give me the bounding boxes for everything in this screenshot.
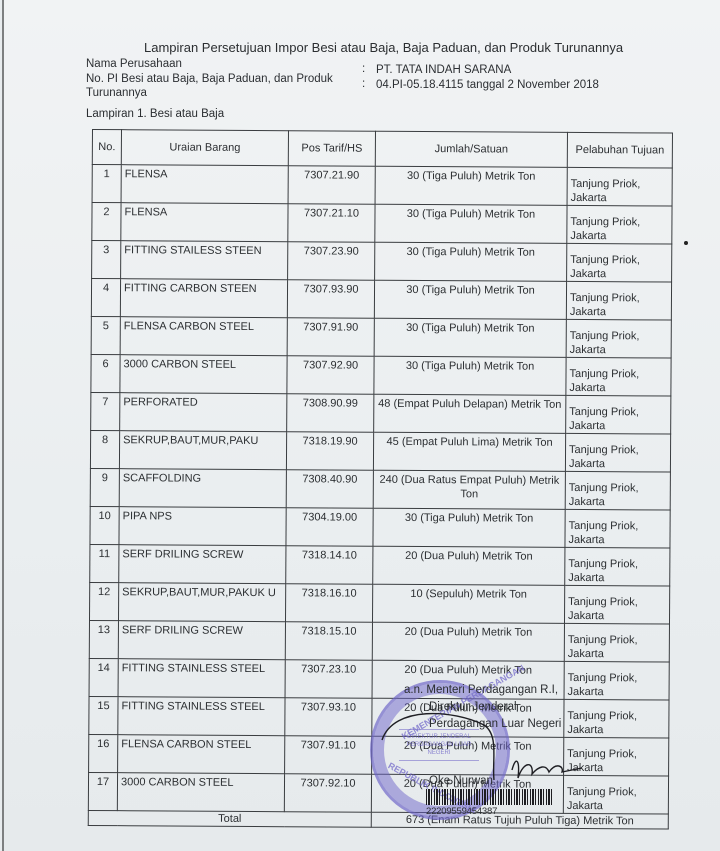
- cell-hs-code: 7307.92.10: [284, 774, 371, 813]
- permit-number-separator: :: [362, 78, 365, 90]
- cell-quantity: 30 (Tiga Puluh) Metrik Ton: [375, 204, 567, 243]
- table-row: 10PIPA NPS7304.19.0030 (Tiga Puluh) Metr…: [90, 506, 670, 548]
- permit-number-value: 04.PI-05.18.4115 tanggal 2 November 2018: [376, 79, 599, 91]
- cell-destination-port: Tanjung Priok, Jakarta: [567, 205, 672, 244]
- document-page: Lampiran Persetujuan Impor Besi atau Baj…: [2, 0, 720, 851]
- cell-hs-code: 7307.93.10: [285, 698, 372, 737]
- cell-quantity: 30 (Tiga Puluh) Metrik Ton: [375, 242, 567, 281]
- table-row: 63000 CARBON STEEL7307.92.9030 (Tiga Pul…: [91, 354, 671, 396]
- cell-no: 13: [89, 620, 118, 658]
- cell-destination-port: Tanjung Priok, Jakarta: [565, 471, 670, 510]
- cell-no: 1: [92, 165, 121, 203]
- cell-quantity: 30 (Tiga Puluh) Metrik Ton: [373, 508, 565, 547]
- table-row: 8SEKRUP,BAUT,MUR,PAKU7318.19.9045 (Empat…: [90, 430, 670, 472]
- cell-item-description: 3000 CARBON STEEL: [120, 355, 287, 394]
- cell-no: 12: [89, 582, 118, 620]
- table-row: 11SERF DRILING SCREW7318.14.1020 (Dua Pu…: [90, 544, 670, 586]
- cell-no: 5: [91, 316, 120, 354]
- cell-hs-code: 7318.19.90: [286, 432, 373, 471]
- cell-no: 7: [91, 392, 120, 430]
- cell-hs-code: 7308.90.99: [287, 394, 374, 433]
- cell-hs-code: 7307.91.10: [285, 736, 372, 775]
- cell-hs-code: 7307.92.90: [287, 356, 374, 395]
- cell-quantity: 20 (Dua Puluh) Metrik Ton: [373, 546, 565, 585]
- permit-number-label-line1: No. PI Besi atau Baja, Baja Paduan, dan …: [86, 73, 333, 85]
- header-item-description: Uraian Barang: [121, 130, 288, 166]
- table-row: 4FITTING CARBON STEEN7307.93.9030 (Tiga …: [91, 279, 671, 321]
- cell-quantity: 30 (Tiga Puluh) Metrik Ton: [374, 280, 566, 319]
- cell-destination-port: Tanjung Priok, Jakarta: [564, 623, 669, 662]
- signature-line-1: a.n. Menteri Perdagangan R.I,: [404, 682, 561, 699]
- cell-hs-code: 7307.21.10: [288, 204, 375, 243]
- cell-destination-port: Tanjung Priok, Jakarta: [565, 433, 670, 472]
- cell-item-description: PERFORATED: [120, 393, 287, 432]
- table-row: 13SERF DRILING SCREW7318.15.1020 (Dua Pu…: [89, 620, 669, 662]
- table-row: 7PERFORATED7308.90.9948 (Empat Puluh Del…: [91, 392, 671, 434]
- total-label: Total: [88, 810, 371, 827]
- cell-quantity: 10 (Sepuluh) Metrik Ton: [372, 584, 564, 623]
- table-row: 2FLENSA7307.21.1030 (Tiga Puluh) Metrik …: [92, 203, 672, 245]
- cell-item-description: PIPA NPS: [119, 507, 286, 546]
- header-quantity: Jumlah/Satuan: [375, 131, 567, 167]
- cell-destination-port: Tanjung Priok, Jakarta: [565, 547, 670, 586]
- cell-no: 2: [92, 203, 121, 241]
- cell-destination-port: Tanjung Priok, Jakarta: [565, 509, 670, 548]
- cell-no: 15: [89, 696, 118, 734]
- cell-destination-port: Tanjung Priok, Jakarta: [567, 243, 672, 282]
- cell-item-description: FITTING STAINLESS STEEL: [118, 659, 285, 698]
- cell-hs-code: 7307.93.90: [287, 280, 374, 319]
- cell-no: 6: [91, 354, 120, 392]
- cell-destination-port: Tanjung Priok, Jakarta: [564, 661, 669, 700]
- cell-no: 17: [88, 772, 117, 810]
- cell-destination-port: Tanjung Priok, Jakarta: [566, 395, 671, 434]
- table-row: 5FLENSA CARBON STEEL7307.91.9030 (Tiga P…: [91, 316, 671, 358]
- cell-item-description: FITTING CARBON STEEN: [120, 279, 287, 318]
- cell-destination-port: Tanjung Priok, Jakarta: [566, 357, 671, 396]
- cell-no: 14: [89, 658, 118, 696]
- cell-item-description: SERF DRILING SCREW: [119, 545, 286, 584]
- cell-quantity: 20 (Dua Puluh) Metrik Ton: [372, 622, 564, 661]
- table-row: 1FLENSA7307.21.9030 (Tiga Puluh) Metrik …: [92, 165, 672, 207]
- company-name-label: Nama Perusahaan: [86, 58, 182, 70]
- cell-quantity: 30 (Tiga Puluh) Metrik Ton: [374, 318, 566, 357]
- cell-hs-code: 7318.15.10: [285, 622, 372, 661]
- cell-no: 8: [90, 430, 119, 468]
- cell-destination-port: Tanjung Priok, Jakarta: [564, 585, 669, 624]
- cell-hs-code: 7307.23.10: [285, 660, 372, 699]
- header-no: No.: [92, 130, 121, 165]
- cell-item-description: SERF DRILING SCREW: [118, 621, 285, 660]
- section-label: Lampiran 1. Besi atau Baja: [86, 108, 224, 120]
- cell-no: 16: [89, 734, 118, 772]
- header-hs-code: Pos Tarif/HS: [288, 131, 375, 167]
- cell-quantity: 240 (Dua Ratus Empat Puluh) Metrik Ton: [373, 470, 565, 509]
- scan-speck: [684, 241, 688, 245]
- table-row: 14FITTING STAINLESS STEEL7307.23.1020 (D…: [89, 658, 669, 700]
- company-name-value: PT. TATA INDAH SARANA: [376, 64, 511, 76]
- cell-no: 10: [90, 506, 119, 544]
- cell-quantity: 45 (Empat Puluh Lima) Metrik Ton: [373, 432, 565, 471]
- cell-destination-port: Tanjung Priok, Jakarta: [566, 319, 671, 358]
- table-row: 3FITTING STAILESS STEEN7307.23.9030 (Tig…: [92, 241, 672, 283]
- permit-number-label-line2: Turunannya: [86, 87, 147, 99]
- table-header-row: No. Uraian Barang Pos Tarif/HS Jumlah/Sa…: [92, 130, 672, 169]
- cell-quantity: 30 (Tiga Puluh) Metrik Ton: [375, 166, 567, 205]
- cell-item-description: SEKRUP,BAUT,MUR,PAKU: [119, 431, 286, 470]
- signer-name: Oke Nurwan: [429, 775, 493, 787]
- cell-item-description: FLENSA CARBON STEEL: [118, 735, 285, 774]
- cell-item-description: FLENSA: [121, 203, 288, 242]
- cell-item-description: FITTING STAILESS STEEN: [121, 241, 288, 280]
- cell-hs-code: 7318.16.10: [285, 584, 372, 623]
- cell-no: 11: [90, 544, 119, 582]
- cell-no: 9: [90, 468, 119, 506]
- table-total-row: Total 673 (Enam Ratus Tujuh Puluh Tiga) …: [88, 810, 668, 829]
- cell-quantity: 30 (Tiga Puluh) Metrik Ton: [374, 356, 566, 395]
- cell-item-description: FLENSA CARBON STEEL: [120, 317, 287, 356]
- cell-destination-port: Tanjung Priok, Jakarta: [566, 281, 671, 320]
- cell-no: 3: [92, 241, 121, 279]
- cell-item-description: 3000 CARBON STEEL: [117, 773, 284, 812]
- cell-hs-code: 7308.40.90: [286, 470, 373, 509]
- table-row: 9SCAFFOLDING7308.40.90240 (Dua Ratus Emp…: [90, 468, 670, 510]
- cell-item-description: SEKRUP,BAUT,MUR,PAKUK U: [118, 583, 285, 622]
- barcode-icon: [426, 789, 554, 805]
- cell-hs-code: 7307.21.90: [288, 166, 375, 205]
- cell-item-description: FITTING STAINLESS STEEL: [118, 697, 285, 736]
- cell-hs-code: 7307.23.90: [288, 242, 375, 281]
- cell-item-description: FLENSA: [121, 165, 288, 204]
- cell-hs-code: 7307.91.90: [287, 318, 374, 357]
- cell-quantity: 48 (Empat Puluh Delapan) Metrik Ton: [374, 394, 566, 433]
- table-row: 12SEKRUP,BAUT,MUR,PAKUK U7318.16.1010 (S…: [89, 582, 669, 624]
- cell-item-description: SCAFFOLDING: [119, 469, 286, 508]
- header-destination-port: Pelabuhan Tujuan: [567, 132, 672, 168]
- document-title: Lampiran Persetujuan Impor Besi atau Baj…: [144, 40, 623, 55]
- cell-hs-code: 7304.19.00: [286, 508, 373, 547]
- cell-hs-code: 7318.14.10: [286, 546, 373, 585]
- cell-destination-port: Tanjung Priok, Jakarta: [567, 167, 672, 206]
- barcode-number: 22209559454387: [426, 806, 497, 817]
- company-name-separator: :: [362, 63, 365, 75]
- cell-no: 4: [91, 279, 120, 317]
